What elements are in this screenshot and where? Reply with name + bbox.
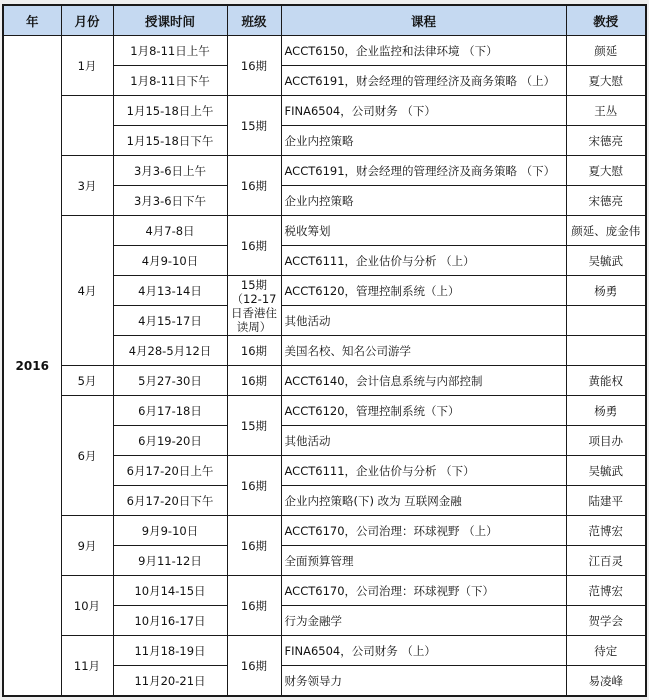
course-cell: FINA6504，公司财务 （下）: [281, 96, 566, 126]
year-cell: 2016: [3, 36, 61, 697]
class-cell: 16期: [227, 366, 281, 396]
course-cell: ACCT6140，会计信息系统与内部控制: [281, 366, 566, 396]
time-cell: 5月27-30日: [113, 366, 227, 396]
professor-cell: 宋德亮: [566, 186, 646, 216]
time-cell: 1月15-18日上午: [113, 96, 227, 126]
time-cell: 1月8-11日下午: [113, 66, 227, 96]
table-row: 5月 5月27-30日 16期 ACCT6140，会计信息系统与内部控制 黄能权: [3, 366, 646, 396]
class-cell: 16期: [227, 576, 281, 636]
course-cell: ACCT6170，公司治理：环球视野 （上）: [281, 516, 566, 546]
professor-cell: 杨勇: [566, 276, 646, 306]
professor-cell: 王丛: [566, 96, 646, 126]
time-cell: 10月16-17日: [113, 606, 227, 636]
time-cell: 10月14-15日: [113, 576, 227, 606]
time-cell: 4月15-17日: [113, 306, 227, 336]
professor-cell: 贺学会: [566, 606, 646, 636]
month-cell: 6月: [61, 396, 113, 516]
course-cell: ACCT6170，公司治理：环球视野（下）: [281, 576, 566, 606]
month-cell: 5月: [61, 366, 113, 396]
table-row: 2016 1月 1月8-11日上午 16期 ACCT6150，企业监控和法律环境…: [3, 36, 646, 66]
course-cell: FINA6504，公司财务 （上）: [281, 636, 566, 666]
course-cell: 企业内控策略: [281, 126, 566, 156]
professor-cell: 待定: [566, 636, 646, 666]
class-cell: 16期: [227, 216, 281, 276]
professor-cell: 杨勇: [566, 396, 646, 426]
professor-cell: 江百灵: [566, 546, 646, 576]
time-cell: 1月8-11日上午: [113, 36, 227, 66]
header-month: 月份: [61, 5, 113, 36]
time-cell: 3月3-6日上午: [113, 156, 227, 186]
professor-cell: 颜延、庞金伟: [566, 216, 646, 246]
table-row: 3月 3月3-6日上午 16期 ACCT6191，财会经理的管理经济及商务策略 …: [3, 156, 646, 186]
time-cell: 4月28-5月12日: [113, 336, 227, 366]
professor-cell: [566, 336, 646, 366]
month-cell: 9月: [61, 516, 113, 576]
class-cell: 15期: [227, 96, 281, 156]
course-cell: ACCT6120，管理控制系统（上）: [281, 276, 566, 306]
time-cell: 6月17-20日下午: [113, 486, 227, 516]
professor-cell: 吴毓武: [566, 456, 646, 486]
professor-cell: 范博宏: [566, 516, 646, 546]
header-year: 年: [3, 5, 61, 36]
class-cell: 16期: [227, 36, 281, 96]
professor-cell: 陆建平: [566, 486, 646, 516]
schedule-table-container: 年 月份 授课时间 班级 课程 教授 2016 1月 1月8-11日上午 16期…: [2, 4, 647, 697]
time-cell: 9月11-12日: [113, 546, 227, 576]
table-row: 9月 9月9-10日 16期 ACCT6170，公司治理：环球视野 （上） 范博…: [3, 516, 646, 546]
time-cell: 11月18-19日: [113, 636, 227, 666]
header-time: 授课时间: [113, 5, 227, 36]
professor-cell: 宋德亮: [566, 126, 646, 156]
professor-cell: [566, 306, 646, 336]
course-schedule-table: 年 月份 授课时间 班级 课程 教授 2016 1月 1月8-11日上午 16期…: [2, 4, 647, 697]
table-row: 11月 11月18-19日 16期 FINA6504，公司财务 （上） 待定: [3, 636, 646, 666]
table-row: 10月 10月14-15日 16期 ACCT6170，公司治理：环球视野（下） …: [3, 576, 646, 606]
time-cell: 6月17-20日上午: [113, 456, 227, 486]
time-cell: 6月17-18日: [113, 396, 227, 426]
header-professor: 教授: [566, 5, 646, 36]
course-cell: ACCT6191，财会经理的管理经济及商务策略 （上）: [281, 66, 566, 96]
time-cell: 1月15-18日下午: [113, 126, 227, 156]
course-cell: ACCT6191，财会经理的管理经济及商务策略 （下）: [281, 156, 566, 186]
time-cell: 4月7-8日: [113, 216, 227, 246]
course-cell: 美国名校、知名公司游学: [281, 336, 566, 366]
professor-cell: 颜延: [566, 36, 646, 66]
course-cell: ACCT6120，管理控制系统（下）: [281, 396, 566, 426]
table-row: 1月15-18日上午 15期 FINA6504，公司财务 （下） 王丛: [3, 96, 646, 126]
professor-cell: 吴毓武: [566, 246, 646, 276]
course-cell: 企业内控策略: [281, 186, 566, 216]
course-cell: 全面预算管理: [281, 546, 566, 576]
course-cell: 行为金融学: [281, 606, 566, 636]
course-cell: 其他活动: [281, 426, 566, 456]
month-cell: 11月: [61, 636, 113, 697]
class-cell: 16期: [227, 156, 281, 216]
professor-cell: 范博宏: [566, 576, 646, 606]
month-cell: 3月: [61, 156, 113, 216]
course-cell: ACCT6150，企业监控和法律环境 （下）: [281, 36, 566, 66]
professor-cell: 项目办: [566, 426, 646, 456]
table-row: 6月 6月17-18日 15期 ACCT6120，管理控制系统（下） 杨勇: [3, 396, 646, 426]
month-cell: [61, 96, 113, 156]
month-cell: 4月: [61, 216, 113, 366]
class-cell: 16期: [227, 636, 281, 697]
course-cell: 企业内控策略(下) 改为 互联网金融: [281, 486, 566, 516]
course-cell: 税收筹划: [281, 216, 566, 246]
header-class: 班级: [227, 5, 281, 36]
time-cell: 9月9-10日: [113, 516, 227, 546]
time-cell: 4月9-10日: [113, 246, 227, 276]
time-cell: 4月13-14日: [113, 276, 227, 306]
professor-cell: 夏大慰: [566, 156, 646, 186]
month-cell: 1月: [61, 36, 113, 96]
table-row: 4月 4月7-8日 16期 税收筹划 颜延、庞金伟: [3, 216, 646, 246]
class-cell: 15期（12-17日香港住读周）: [227, 276, 281, 336]
time-cell: 11月20-21日: [113, 666, 227, 697]
class-cell: 15期: [227, 396, 281, 456]
class-cell: 16期: [227, 516, 281, 576]
class-cell: 16期: [227, 456, 281, 516]
course-cell: ACCT6111，企业估价与分析 （上）: [281, 246, 566, 276]
time-cell: 6月19-20日: [113, 426, 227, 456]
professor-cell: 易凌峰: [566, 666, 646, 697]
time-cell: 3月3-6日下午: [113, 186, 227, 216]
month-cell: 10月: [61, 576, 113, 636]
class-cell: 16期: [227, 336, 281, 366]
header-course: 课程: [281, 5, 566, 36]
course-cell: 其他活动: [281, 306, 566, 336]
header-row: 年 月份 授课时间 班级 课程 教授: [3, 5, 646, 36]
professor-cell: 夏大慰: [566, 66, 646, 96]
professor-cell: 黄能权: [566, 366, 646, 396]
course-cell: ACCT6111，企业估价与分析 （下）: [281, 456, 566, 486]
course-cell: 财务领导力: [281, 666, 566, 697]
